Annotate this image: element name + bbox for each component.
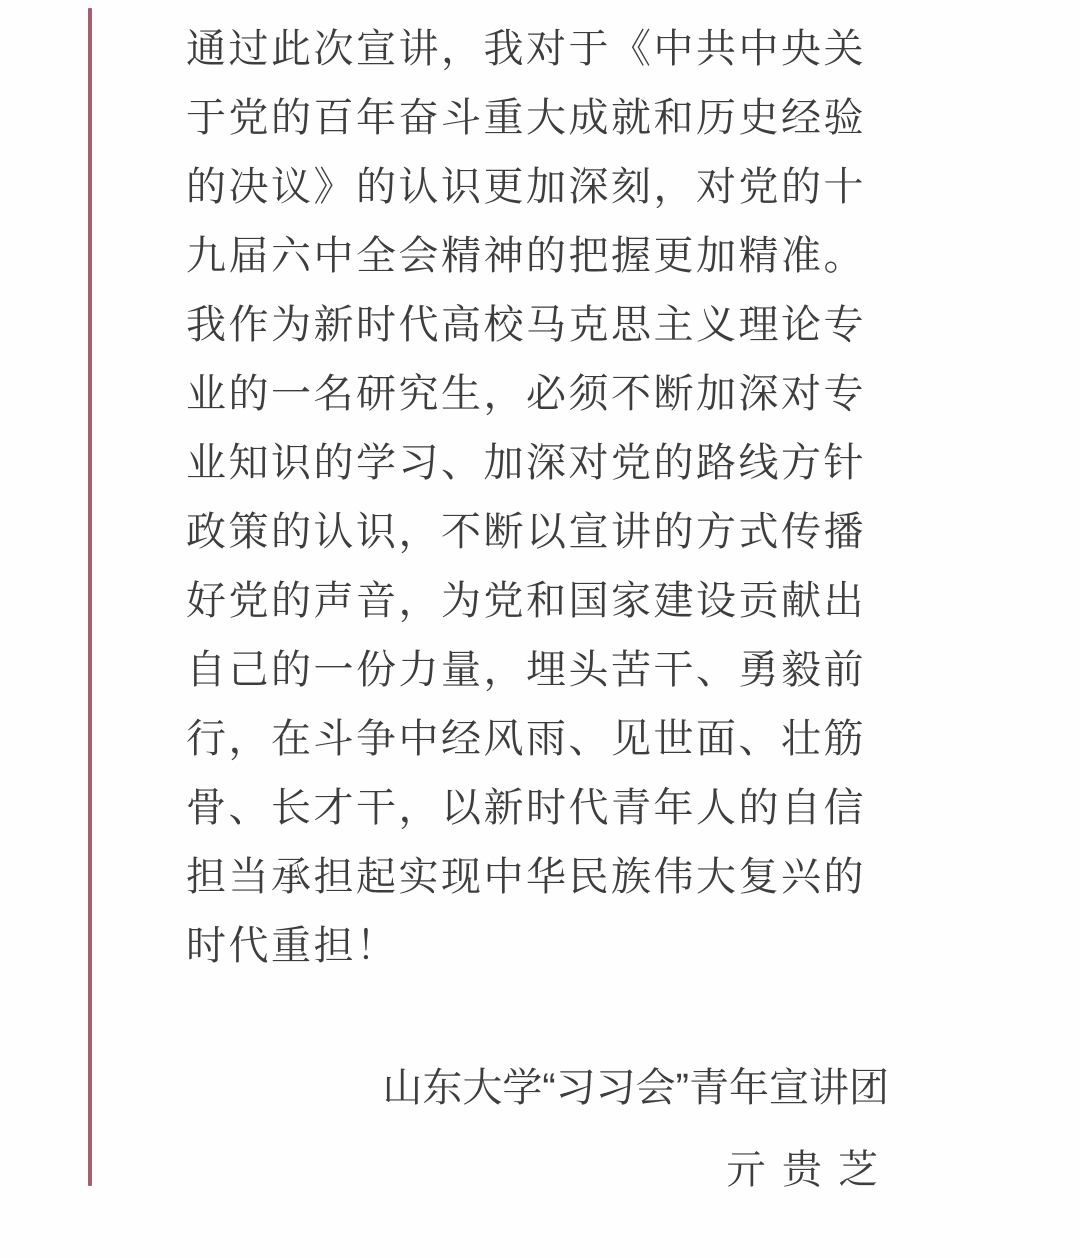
paragraph-line: 自己的一份力量，埋头苦干、勇毅前 [186,636,894,705]
paragraph-line: 政策的认识，不断以宣讲的方式传播 [186,498,894,567]
paragraph-line: 九届六中全会精神的把握更加精准。 [186,222,894,291]
paragraph-line: 于党的百年奋斗重大成就和历史经验 [186,84,894,153]
quote-accent-bar [88,8,92,1186]
signature-org: 山东大学“习习会”青年宣讲团 [186,1054,894,1123]
paragraph-line: 业知识的学习、加深对党的路线方针 [186,429,894,498]
paragraph-line: 业的一名研究生，必须不断加深对专 [186,360,894,429]
paragraph-line: 骨、长才干，以新时代青年人的自信 [186,774,894,843]
paragraph-line: 担当承担起实现中华民族伟大复兴的 [186,843,894,912]
paragraph-line: 好党的声音，为党和国家建设贡献出 [186,567,894,636]
article-page: 通过此次宣讲，我对于《中共中央关 于党的百年奋斗重大成就和历史经验 的决议》的认… [0,0,1080,1258]
paragraph-line: 通过此次宣讲，我对于《中共中央关 [186,15,894,84]
paragraph-line: 的决议》的认识更加深刻，对党的十 [186,153,894,222]
signature-name: 亓贵芝 [186,1136,894,1205]
article-body: 通过此次宣讲，我对于《中共中央关 于党的百年奋斗重大成就和历史经验 的决议》的认… [186,15,894,1235]
paragraph-line: 行，在斗争中经风雨、见世面、壮筋 [186,705,894,774]
quote-paragraph: 通过此次宣讲，我对于《中共中央关 于党的百年奋斗重大成就和历史经验 的决议》的认… [186,15,894,981]
paragraph-line: 时代重担！ [186,912,894,981]
paragraph-line: 我作为新时代高校马克思主义理论专 [186,291,894,360]
